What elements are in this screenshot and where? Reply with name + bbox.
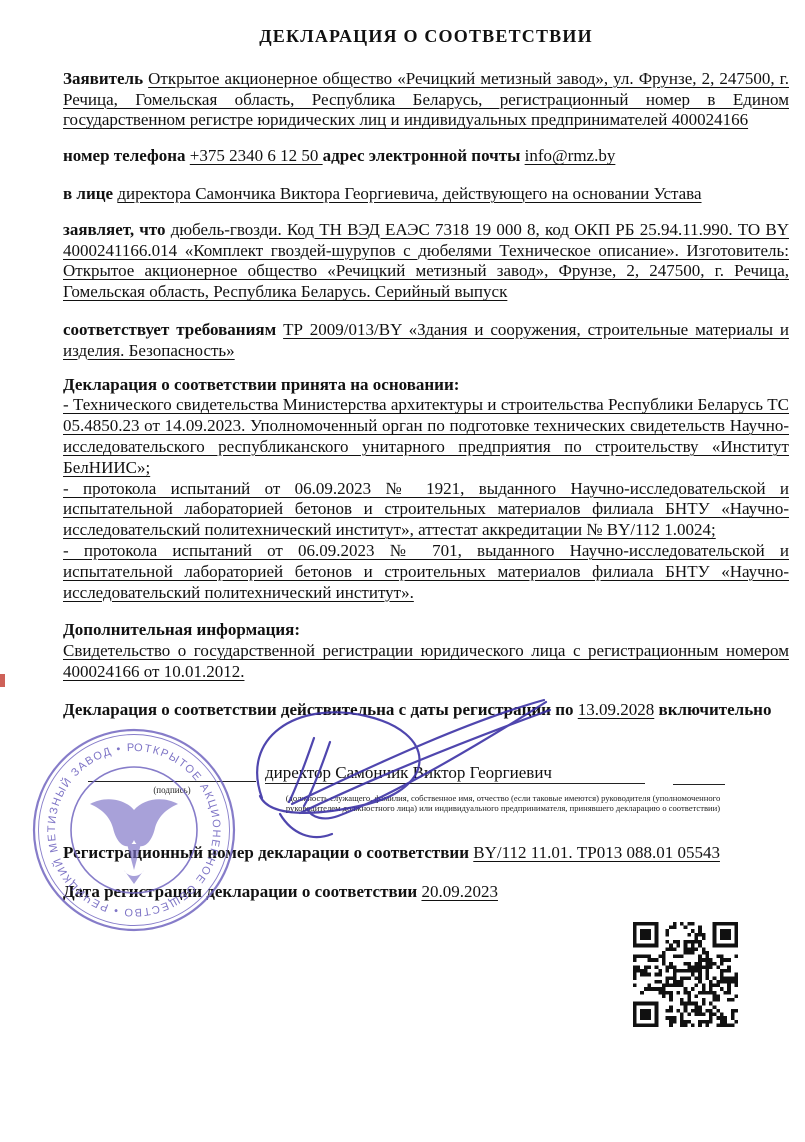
paragraph-person: в лице директора Самончика Виктора Георг… (63, 184, 789, 205)
signatory-line: директор Самончик Виктор Георгиевич (265, 763, 645, 785)
paragraph-contacts: номер телефона +375 2340 6 12 50 адрес э… (63, 146, 789, 167)
signature-line (88, 781, 256, 782)
basis-item-protocol-701: - протокола испытаний от 06.09.2023 № 70… (63, 541, 789, 603)
additional-info-heading: Дополнительная информация: (63, 620, 789, 641)
signature-extra-line (673, 784, 725, 785)
signatory-name: директор Самончик Виктор Георгиевич (265, 763, 552, 782)
additional-info-section: Дополнительная информация: Свидетельство… (63, 620, 789, 682)
basis-item-protocol-1921: - протокола испытаний от 06.09.2023 № 19… (63, 479, 789, 541)
declaration-document: ДЕКЛАРАЦИЯ О СООТВЕТСТВИИ Заявитель Откр… (0, 0, 805, 1142)
registration-number-line: Регистрационный номер декларации о соотв… (63, 843, 789, 864)
fine-print-line-2: руководителем должностного лица) или инд… (268, 803, 738, 814)
signatory-fine-print: (должность служащего, фамилия, собственн… (268, 793, 738, 814)
basis-section: Декларация о соответствии принята на осн… (63, 375, 789, 604)
signature-caption: (подпись) (88, 785, 256, 796)
basis-heading: Декларация о соответствии принята на осн… (63, 375, 789, 396)
fine-print-line-1: (должность служащего, фамилия, собственн… (268, 793, 738, 804)
scan-artifact (0, 674, 5, 687)
basis-item-technical-certificate: - Технического свидетельства Министерств… (63, 395, 789, 478)
page-title: ДЕКЛАРАЦИЯ О СООТВЕТСТВИИ (63, 26, 789, 47)
paragraph-conforms: соответствует требованиям ТР 2009/013/BY… (63, 320, 789, 362)
paragraph-declares: заявляет, что дюбель-гвозди. Код ТН ВЭД … (63, 220, 789, 303)
signature-block: (подпись) директор Самончик Виктор Георг… (63, 725, 789, 841)
additional-info-body: Свидетельство о государственной регистра… (63, 641, 789, 683)
qr-code (633, 922, 738, 1027)
registration-date-line: Дата регистрации декларации о соответств… (63, 882, 789, 903)
validity-paragraph: Декларация о соответствии действительна … (63, 700, 789, 721)
paragraph-applicant: Заявитель Открытое акционерное общество … (63, 69, 789, 131)
